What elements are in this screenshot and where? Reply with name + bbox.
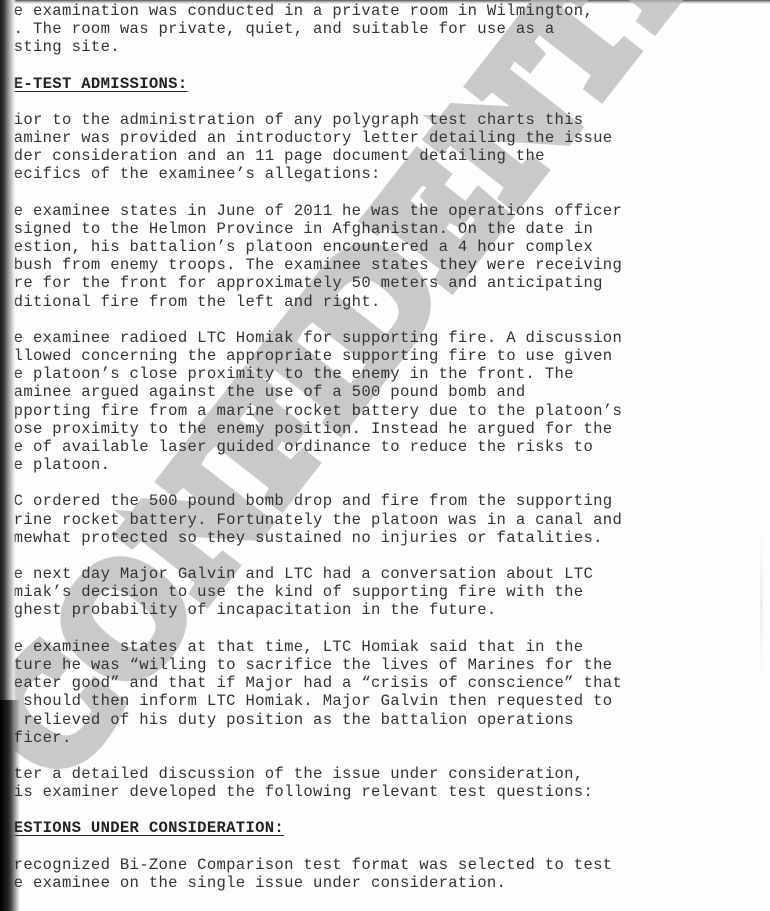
text-line: dditional fire from the left and right.: [4, 293, 704, 311]
paragraph: he next day Major Galvin and LTC had a c…: [4, 565, 704, 620]
text-line: TC ordered the 500 pound bomb drop and f…: [4, 492, 704, 510]
text-line: mbush from enemy troops. The examinee st…: [4, 256, 704, 274]
text-line: he examinee states at that time, LTC Hom…: [4, 638, 704, 656]
text-line: he examination was conducted in a privat…: [4, 2, 704, 20]
text-line: his examiner developed the following rel…: [4, 783, 704, 801]
text-line: lose proximity to the enemy position. In…: [4, 420, 704, 438]
text-line: fter a detailed discussion of the issue …: [4, 765, 704, 783]
text-line: he platoon’s close proximity to the enem…: [4, 365, 704, 383]
paragraph: he examinee radioed LTC Homiak for suppo…: [4, 329, 704, 475]
text-line: C. The room was private, quiet, and suit…: [4, 20, 704, 38]
text-line: nder consideration and an 11 page docume…: [4, 147, 704, 165]
text-line: omewhat protected so they sustained no i…: [4, 529, 704, 547]
paragraph: fter a detailed discussion of the issue …: [4, 765, 704, 801]
text-line: he platoon.: [4, 456, 704, 474]
text-line: rior to the administration of any polygr…: [4, 111, 704, 129]
scan-left-edge-dark: [0, 700, 20, 911]
text-line: uture he was “willing to sacrifice the l…: [4, 656, 704, 674]
text-line: ollowed concerning the appropriate suppo…: [4, 347, 704, 365]
paragraph: recognized Bi-Zone Comparison test forma…: [4, 856, 704, 892]
text-line: omiak’s decision to use the kind of supp…: [4, 583, 704, 601]
paragraph: rior to the administration of any polygr…: [4, 111, 704, 184]
text-line: recognized Bi-Zone Comparison test forma…: [4, 856, 704, 874]
text-line: he examinee states in June of 2011 he wa…: [4, 202, 704, 220]
text-line: e relieved of his duty position as the b…: [4, 711, 704, 729]
text-line: se of available laser guided ordinance t…: [4, 438, 704, 456]
text-line: e should then inform LTC Homiak. Major G…: [4, 692, 704, 710]
paragraph: he examinee states in June of 2011 he wa…: [4, 202, 704, 311]
text-line: xaminer was provided an introductory let…: [4, 129, 704, 147]
text-line: ire for the front for approximately 50 m…: [4, 274, 704, 292]
scan-artifact: [760, 530, 763, 680]
paragraph: he examinee states at that time, LTC Hom…: [4, 638, 704, 747]
text-line: uestion, his battalion’s platoon encount…: [4, 238, 704, 256]
text-line: xaminee argued against the use of a 500 …: [4, 383, 704, 401]
text-line: he examinee on the single issue under co…: [4, 874, 704, 892]
text-line: ssigned to the Helmon Province in Afghan…: [4, 220, 704, 238]
document-body: he examination was conducted in a privat…: [4, 2, 704, 910]
paragraph: he examination was conducted in a privat…: [4, 2, 704, 57]
section-heading: RE-TEST ADMISSIONS:: [4, 75, 704, 93]
text-line: he next day Major Galvin and LTC had a c…: [4, 565, 704, 583]
text-line: arine rocket battery. Fortunately the pl…: [4, 511, 704, 529]
text-line: esting site.: [4, 38, 704, 56]
document-page: CONFIDENTIAL he examination was conducte…: [0, 0, 770, 911]
text-line: he examinee radioed LTC Homiak for suppo…: [4, 329, 704, 347]
paragraph: TC ordered the 500 pound bomb drop and f…: [4, 492, 704, 547]
text-line: fficer.: [4, 729, 704, 747]
text-line: upporting fire from a marine rocket batt…: [4, 402, 704, 420]
text-line: reater good” and that if Major had a “cr…: [4, 674, 704, 692]
text-line: ighest probability of incapacitation in …: [4, 601, 704, 619]
text-line: pecifics of the examinee’s allegations:: [4, 165, 704, 183]
section-heading: UESTIONS UNDER CONSIDERATION:: [4, 819, 704, 837]
